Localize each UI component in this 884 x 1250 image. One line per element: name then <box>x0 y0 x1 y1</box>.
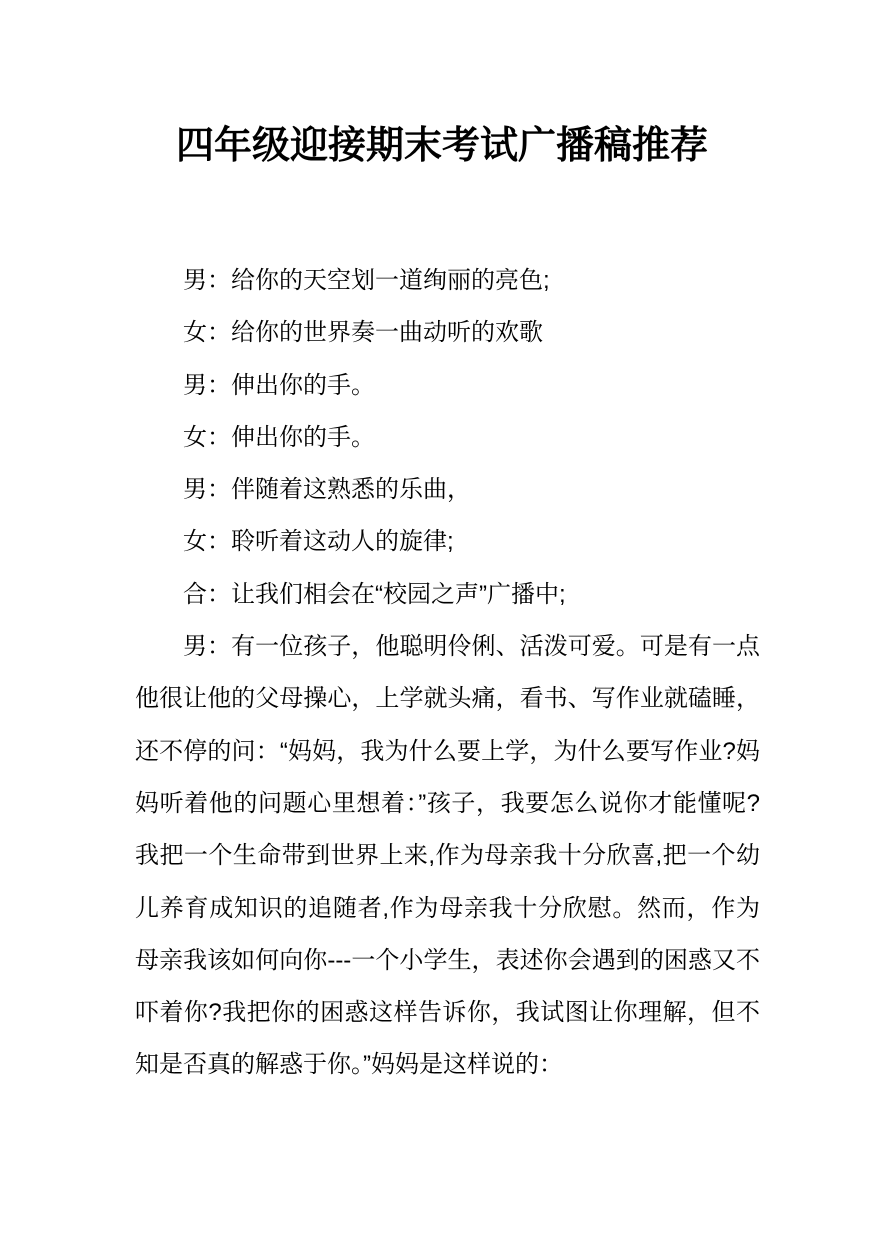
story-paragraph: 男：有一位孩子，他聪明伶俐、活泼可爱。可是有一点他很让他的父母操心，上学就头痛，… <box>135 621 760 1092</box>
dialogue-line-female-1: 女：给你的世界奏一曲动听的欢歌 <box>135 307 760 359</box>
dialogue-line-male-3: 男：伴随着这熟悉的乐曲， <box>135 464 760 516</box>
document-page: 四年级迎接期末考试广播稿推荐 男：给你的天空划一道绚丽的亮色; 女：给你的世界奏… <box>0 0 884 1250</box>
dialogue-line-male-2: 男：伸出你的手。 <box>135 360 760 412</box>
dialogue-line-female-3: 女：聆听着这动人的旋律; <box>135 516 760 568</box>
dialogue-line-together: 合：让我们相会在“校园之声”广播中; <box>135 569 760 621</box>
dialogue-line-male-1: 男：给你的天空划一道绚丽的亮色; <box>135 255 760 307</box>
document-body: 男：给你的天空划一道绚丽的亮色; 女：给你的世界奏一曲动听的欢歌 男：伸出你的手… <box>0 255 884 1092</box>
document-title: 四年级迎接期末考试广播稿推荐 <box>40 122 844 170</box>
dialogue-line-female-2: 女：伸出你的手。 <box>135 412 760 464</box>
